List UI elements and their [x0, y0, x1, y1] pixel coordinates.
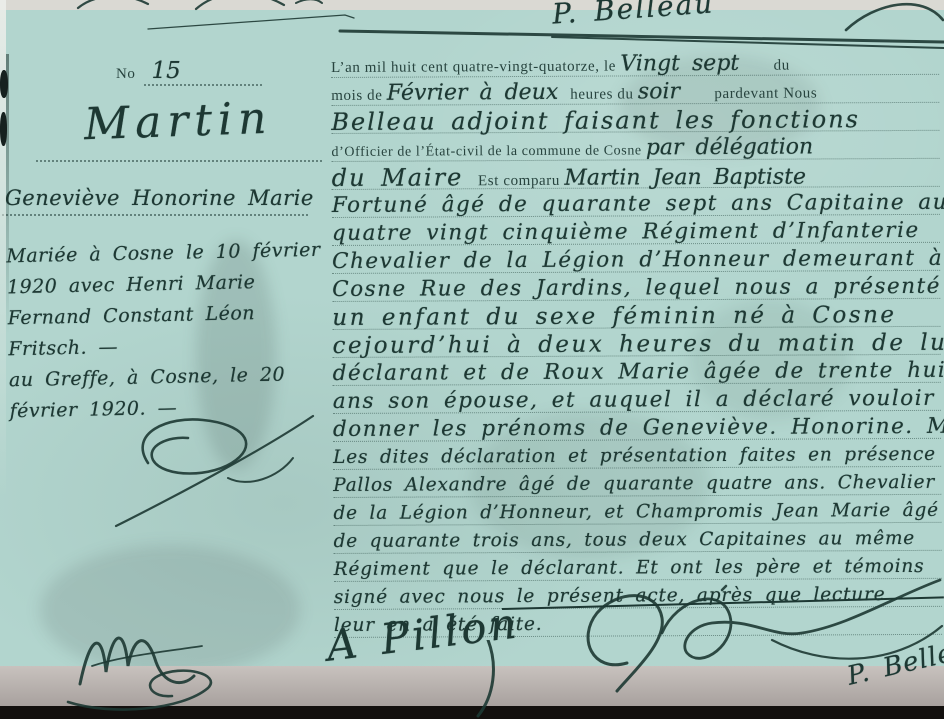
marriage-marginal-note: Mariée à Cosne le 10 février 1920 avec H…: [6, 235, 326, 428]
act-line: Les dites déclaration et présentation fa…: [333, 441, 944, 472]
act-line: de la Légion d’Honneur, et Champromis Je…: [333, 497, 944, 528]
dotted-rule: [2, 214, 308, 216]
printed-form-text: Est comparu: [478, 173, 564, 189]
printed-form-text: d’Officier de l’État-civil de la commune…: [331, 143, 645, 160]
act-body-text: L’an mil huit cent quatre-vingt-quatorze…: [331, 49, 944, 640]
printed-form-text: L’an mil huit cent quatre-vingt-quatorze…: [331, 58, 620, 76]
handwritten-text: Martin Jean Baptiste: [564, 165, 806, 191]
act-line: cejourd’hui à deux heures du matin de lu…: [332, 329, 944, 360]
act-line: Chevalier de la Légion d’Honneur demeura…: [332, 245, 944, 276]
dotted-rule: [144, 84, 262, 86]
act-line: Cosne Rue des Jardins, lequel nous a pré…: [332, 273, 944, 304]
act-line: L’an mil huit cent quatre-vingt-quatorze…: [331, 49, 943, 80]
margin-surname: Martin: [83, 93, 273, 151]
handwritten-text: Pallos Alexandre âgé de quarante quatre …: [333, 472, 935, 496]
handwritten-text: par délégation: [646, 134, 813, 160]
act-number-line: No15: [116, 58, 266, 86]
handwritten-text: Fortuné âgé de quarante sept ans Capitai…: [332, 190, 944, 218]
handwritten-text: Février à deux: [387, 80, 571, 106]
signature-father-martin: [62, 606, 237, 716]
no-label: No: [116, 66, 136, 82]
act-line: un enfant du sexe féminin né à Cosne: [332, 301, 944, 332]
marginal-note-line: au Greffe, à Cosne, le 20: [9, 359, 326, 397]
marginal-note-line: Mariée à Cosne le 10 février: [6, 235, 323, 273]
handwritten-text: Cosne Rue des Jardins, lequel nous a pré…: [332, 274, 941, 302]
act-line: Belleau adjoint faisant les fonctions: [331, 105, 943, 136]
handwritten-text: cejourd’hui à deux heures du matin de lu…: [332, 330, 944, 359]
printed-form-text: du: [739, 58, 790, 74]
handwritten-text: Vingt sept: [620, 51, 739, 77]
handwritten-text: Les dites déclaration et présentation fa…: [333, 444, 944, 468]
binding-crease: [6, 54, 9, 334]
handwritten-text: un enfant du sexe féminin né à Cosne: [332, 302, 896, 331]
binding-mark: [0, 70, 8, 98]
handwritten-text: de la Légion d’Honneur, et Champromis Je…: [333, 500, 939, 524]
printed-form-text: mois de: [331, 88, 387, 104]
act-line: d’Officier de l’État-civil de la commune…: [331, 133, 943, 164]
signature-witness-descender: [468, 640, 508, 718]
printed-form-text: pardevant Nous: [680, 85, 817, 102]
printed-form-text: heures du: [570, 86, 638, 102]
previous-act-flourish-strokes: [0, 0, 944, 52]
handwritten-text: Chevalier de la Légion d’Honneur demeura…: [332, 246, 943, 274]
handwritten-text: donner les prénoms de Geneviève. Honorin…: [333, 413, 944, 442]
handwritten-text: Belleau adjoint faisant les fonctions: [331, 105, 860, 136]
act-line: mois de Février à deux heures du soir pa…: [331, 77, 943, 108]
act-number: 15: [152, 58, 181, 84]
handwritten-text: Régiment que le déclarant. Et ont les pè…: [334, 556, 925, 580]
act-line: Pallos Alexandre âgé de quarante quatre …: [333, 469, 944, 500]
register-page-scan: P. Belleau No15 Martin Geneviève Honorin…: [0, 0, 944, 719]
handwritten-text: déclarant et de Roux Marie âgée de trent…: [333, 358, 944, 386]
margin-given-names: Geneviève Honorine Marie: [5, 186, 314, 210]
dotted-rule: [36, 160, 322, 162]
handwritten-text: du Maire: [332, 163, 478, 192]
handwritten-text: soir: [638, 79, 680, 104]
act-line: déclarant et de Roux Marie âgée de trent…: [333, 357, 944, 388]
act-line: Fortuné âgé de quarante sept ans Capitai…: [332, 189, 944, 220]
act-line: du Maire Est comparu Martin Jean Baptist…: [332, 161, 944, 192]
act-line: donner les prénoms de Geneviève. Honorin…: [333, 413, 944, 444]
binding-mark: [0, 112, 7, 146]
handwritten-text: quatre vingt cinquième Régiment d’Infant…: [332, 218, 920, 246]
act-line: quatre vingt cinquième Régiment d’Infant…: [332, 217, 944, 248]
act-line: ans son épouse, et auquel il a déclaré v…: [333, 385, 944, 416]
handwritten-text: ans son épouse, et auquel il a déclaré v…: [333, 386, 935, 414]
act-line: de quarante trois ans, tous deux Capitai…: [333, 525, 944, 556]
margin-clerk-signature-flourish: [108, 408, 318, 533]
handwritten-text: de quarante trois ans, tous deux Capitai…: [334, 528, 916, 552]
